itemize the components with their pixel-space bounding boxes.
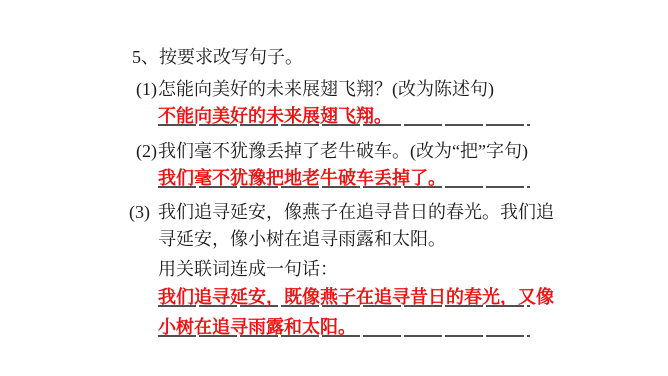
exercise-title: 5、按要求改写句子。 xyxy=(132,46,303,68)
answer-2-text: 我们毫不犹豫把地老牛破车丢掉了。 xyxy=(158,168,446,188)
question-3-number: (3) xyxy=(129,201,158,223)
answer-3-text-line-2: 小树在追寻雨露和太阳。 xyxy=(158,317,356,337)
answer-3-text-line-1: 我们追寻延安，既像燕子在追寻昔日的春光，又像 xyxy=(158,287,554,307)
exercise-slide: 5、按要求改写句子。 (1)怎能向美好的未来展翅飞翔？(改为陈述句) 不能向美好… xyxy=(0,0,668,376)
answer-1-text: 不能向美好的未来展翅飞翔。 xyxy=(158,106,392,126)
answer-3-line-1: 我们追寻延安，既像燕子在追寻昔日的春光，又像 xyxy=(158,286,530,308)
answer-2: 我们毫不犹豫把地老牛破车丢掉了。 xyxy=(158,167,530,189)
answer-1: 不能向美好的未来展翅飞翔。 xyxy=(158,105,530,127)
question-3-line-2: 寻延安，像小树在追寻雨露和太阳。 xyxy=(158,228,446,250)
question-2-text: 我们毫不犹豫丢掉了老牛破车。(改为“把”字句) xyxy=(158,141,528,161)
question-1-number: (1) xyxy=(136,78,158,100)
question-3-line-1: (3)我们追寻延安，像燕子在追寻昔日的春光。我们追 xyxy=(129,201,554,223)
question-1: (1)怎能向美好的未来展翅飞翔？(改为陈述句) xyxy=(136,78,494,100)
question-3-instruction: 用关联词连成一句话： xyxy=(158,258,338,280)
answer-3-line-2: 小树在追寻雨露和太阳。 xyxy=(158,316,530,338)
question-1-text: 怎能向美好的未来展翅飞翔？(改为陈述句) xyxy=(158,79,494,99)
question-2: (2)我们毫不犹豫丢掉了老牛破车。(改为“把”字句) xyxy=(136,140,528,162)
question-2-number: (2) xyxy=(136,140,158,162)
question-3-text-line-1: 我们追寻延安，像燕子在追寻昔日的春光。我们追 xyxy=(158,202,554,222)
